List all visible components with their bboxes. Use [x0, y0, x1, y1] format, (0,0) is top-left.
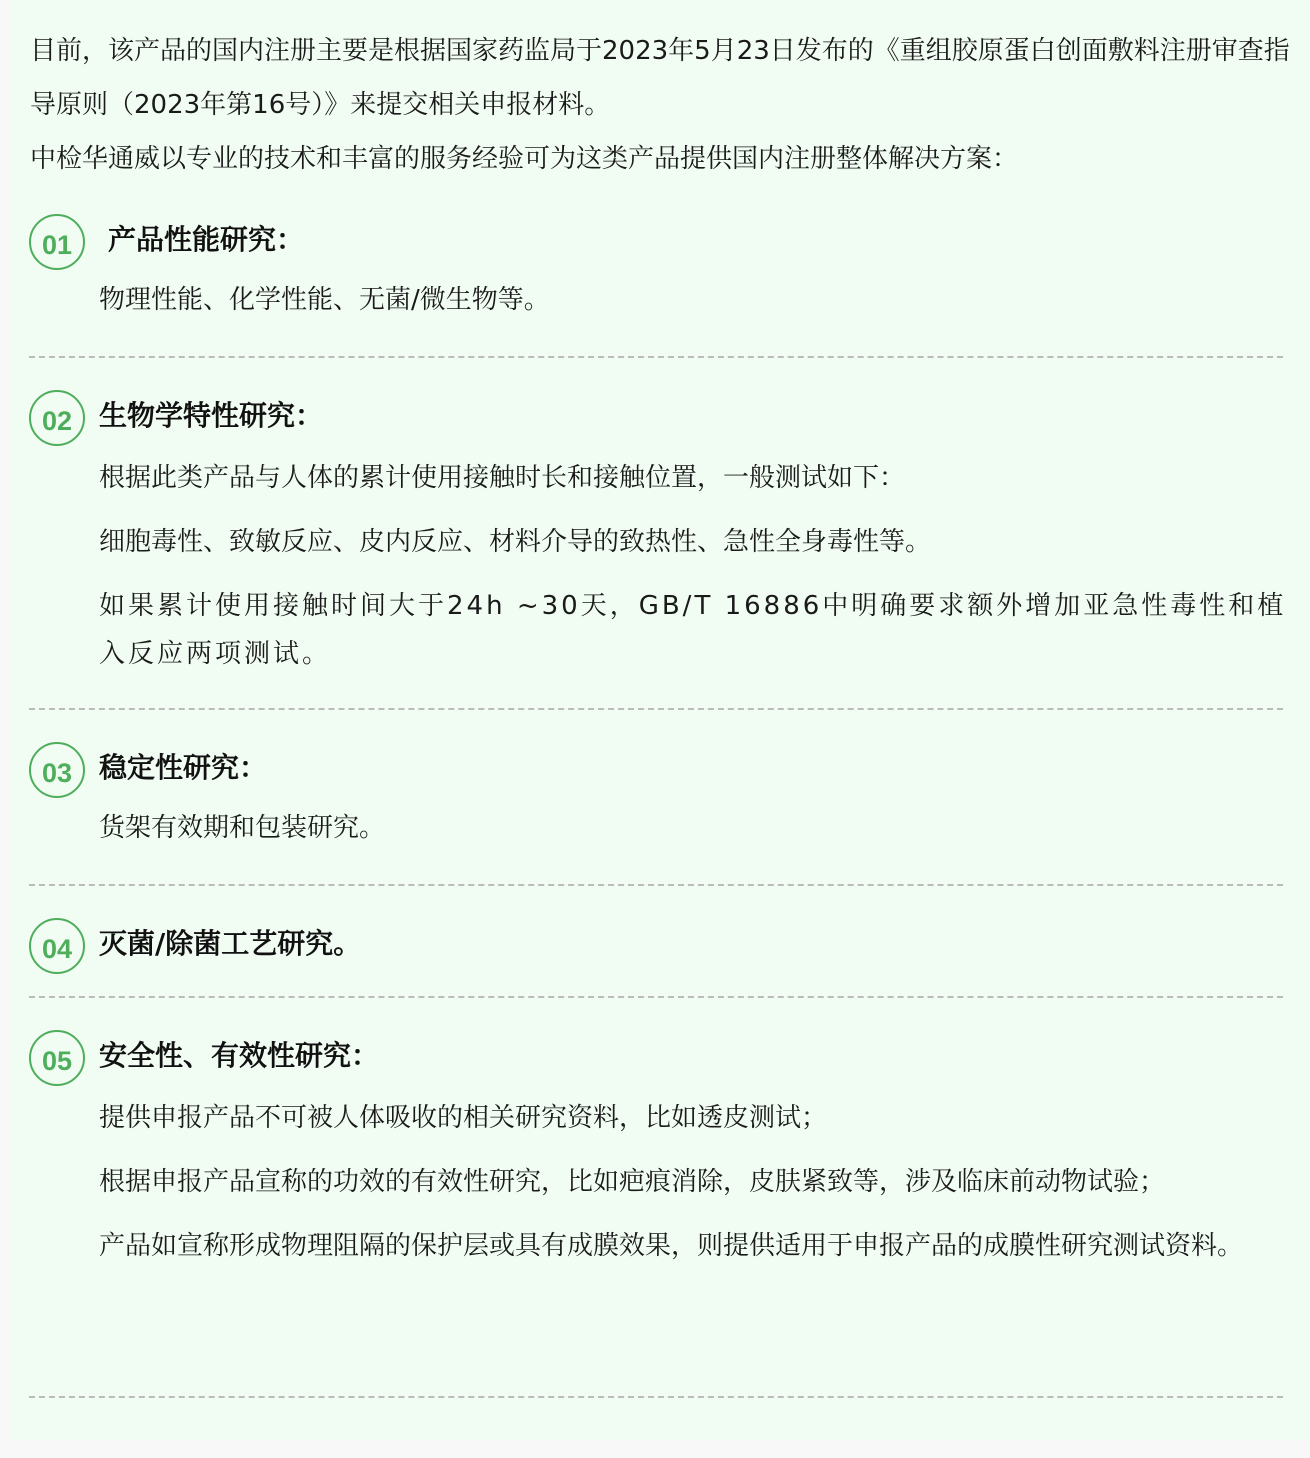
section-title: 生物学特性研究：	[99, 394, 323, 434]
section-paragraph: 如果累计使用接触时间大于24h ~30天，GB/T 16886中明确要求额外增加…	[99, 582, 1289, 678]
section-body: 货架有效期和包装研究。	[99, 804, 1289, 868]
section-paragraph: 提供申报产品不可被人体吸收的相关研究资料，比如透皮测试；	[99, 1094, 1289, 1142]
badge-number: 03	[42, 758, 72, 789]
section-paragraph: 货架有效期和包装研究。	[99, 804, 1289, 852]
section-body: 提供申报产品不可被人体吸收的相关研究资料，比如透皮测试； 根据申报产品宣称的功效…	[99, 1094, 1289, 1286]
section-title: 稳定性研究：	[99, 746, 267, 786]
dashed-divider	[29, 1396, 1283, 1398]
content-panel: 目前，该产品的国内注册主要是根据国家药监局于2023年5月23日发布的《重组胶原…	[9, 0, 1310, 1440]
section-title: 产品性能研究：	[108, 218, 304, 258]
intro-paragraph-2: 中检华通威以专业的技术和丰富的服务经验可为这类产品提供国内注册整体解决方案：	[30, 132, 1300, 186]
number-badge-icon: 03	[29, 742, 85, 798]
number-badge-icon: 05	[29, 1030, 85, 1086]
number-badge-icon: 02	[29, 390, 85, 446]
section-paragraph: 产品如宣称形成物理阻隔的保护层或具有成膜效果，则提供适用于申报产品的成膜性研究测…	[99, 1222, 1289, 1270]
number-badge-icon: 04	[29, 918, 85, 974]
dashed-divider	[29, 356, 1283, 358]
number-badge-icon: 01	[29, 214, 85, 270]
section-paragraph: 根据此类产品与人体的累计使用接触时长和接触位置，一般测试如下：	[99, 454, 1289, 502]
intro-text: 目前，该产品的国内注册主要是根据国家药监局于2023年5月23日发布的《重组胶原…	[30, 24, 1300, 186]
section-paragraph: 根据申报产品宣称的功效的有效性研究，比如疤痕消除，皮肤紧致等，涉及临床前动物试验…	[99, 1158, 1289, 1206]
section-body: 根据此类产品与人体的累计使用接触时长和接触位置，一般测试如下： 细胞毒性、致敏反…	[99, 454, 1289, 694]
section-paragraph: 细胞毒性、致敏反应、皮内反应、材料介导的致热性、急性全身毒性等。	[99, 518, 1289, 566]
intro-paragraph-1: 目前，该产品的国内注册主要是根据国家药监局于2023年5月23日发布的《重组胶原…	[30, 24, 1300, 132]
dashed-divider	[29, 708, 1283, 710]
badge-number: 02	[42, 406, 72, 437]
badge-number: 05	[42, 1046, 72, 1077]
badge-number: 01	[42, 230, 72, 261]
section-title: 安全性、有效性研究：	[99, 1034, 379, 1074]
badge-number: 04	[42, 934, 72, 965]
section-paragraph: 物理性能、化学性能、无菌/微生物等。	[99, 276, 1289, 324]
dashed-divider	[29, 884, 1283, 886]
section-body: 物理性能、化学性能、无菌/微生物等。	[99, 276, 1289, 340]
section-title: 灭菌/除菌工艺研究。	[99, 922, 361, 962]
dashed-divider	[29, 996, 1283, 998]
